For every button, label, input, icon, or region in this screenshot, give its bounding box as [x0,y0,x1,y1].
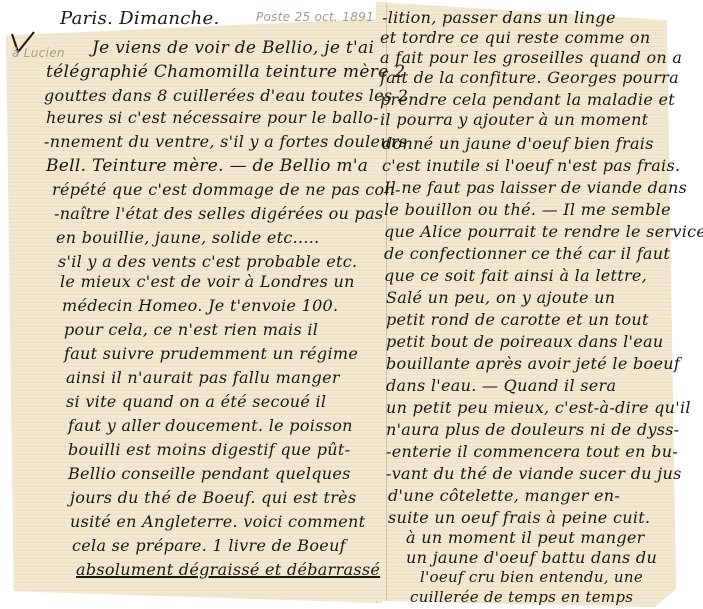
text-line: un jaune d'oeuf battu dans du [406,548,657,567]
text-line: -lition, passer dans un linge [382,8,616,27]
text-line: petit bout de poireaux dans l'eau [386,332,663,351]
text-line: faut suivre prudemment un régime [64,344,358,363]
text-line: et tordre ce qui reste comme on [380,28,650,47]
text-line: cela se prépare. 1 livre de Boeuf [72,536,346,555]
text-line: le bouillon ou thé. — Il me semble [384,200,671,219]
text-line: Bell. Teinture mère. — de Bellio m'a [46,156,368,176]
text-line: gouttes dans 8 cuillerées d'eau toutes l… [44,86,408,105]
text-line: -naître l'état des selles digérées ou pa… [54,204,383,223]
text-line: dans l'eau. — Quand il sera [386,376,616,395]
text-line: jours du thé de Boeuf. qui est très [70,488,356,507]
text-line: répété que c'est dommage de ne pas con- [52,180,401,199]
text-line: Il ne faut pas laisser de viande dans [384,178,687,197]
text-line: bouillante après avoir jeté le boeuf [386,354,680,373]
text-line: cuillerée de temps en temps [410,588,633,606]
text-line: médecin Homeo. Je t'envoie 100. [62,296,338,315]
text-line: petit rond de carotte et un tout [386,310,649,329]
text-line: il pourra y ajouter à un moment [380,110,648,129]
text-line: -vant du thé de viande sucer du jus [386,464,682,483]
text-line: de confectionner ce thé car il faut [384,244,670,263]
text-line: que Alice pourrait te rendre le service [384,222,703,241]
text-line: -nnement du ventre, s'il y a fortes doul… [44,132,407,151]
letter-heading: Paris. Dimanche. [60,8,220,29]
text-line-underlined: absolument dégraissé et débarrassé [76,560,380,579]
text-line: pour cela, ce n'est rien mais il [64,320,318,339]
text-line: si vite quand on a été secoué il [66,392,326,411]
text-line: d'une côtelette, manger en- [388,486,620,505]
text-line: bouilli est moins digestif que pût- [68,440,350,459]
text-line: suite un oeuf frais à peine cuit. [388,508,650,527]
text-line: l'oeuf cru bien entendu, une [420,568,643,586]
text-line: en bouillie, jaune, solide etc..... [56,228,320,247]
text-line: télégraphié Chamomilla teinture mère 2 [46,62,405,82]
text-line: n'aura plus de douleurs ni de dyss- [386,420,680,439]
text-line: Je viens de voir de Bellio, je t'ai [92,38,374,58]
text-line: Bellio conseille pendant quelques [68,464,351,483]
text-line: le mieux c'est de voir à Londres un [60,272,355,291]
text-line: usité en Angleterre. voici comment [70,512,365,531]
text-line: c'est inutile si l'oeuf n'est pas frais. [382,156,680,175]
text-line: à un moment il peut manger [406,528,645,547]
text-line: prendre cela pendant la maladie et [380,90,675,109]
text-line: Salé un peu, on y ajoute un [386,288,615,307]
text-line: s'il y a des vents c'est probable etc. [58,252,357,271]
text-line: que ce soit fait ainsi à la lettre, [384,266,647,285]
text-line: un petit peu mieux, c'est-à-dire qu'il [386,398,691,417]
text-line: donné un jaune d'oeuf bien frais [382,134,654,153]
text-line: heures si c'est nécessaire pour le ballo… [46,108,379,127]
text-line: -enterie il commencera tout en bu- [386,442,678,461]
text-line: ainsi il n'aurait pas fallu manger [66,368,340,387]
text-line: faut y aller doucement. le poisson [68,416,353,435]
text-line: fait de la confiture. Georges pourra [380,68,679,87]
pencil-recipient-annotation: à Lucien [12,46,65,60]
pencil-date-annotation: Poste 25 oct. 1891 [256,10,374,24]
text-line: a fait pour les groseilles quand on a [380,48,682,67]
